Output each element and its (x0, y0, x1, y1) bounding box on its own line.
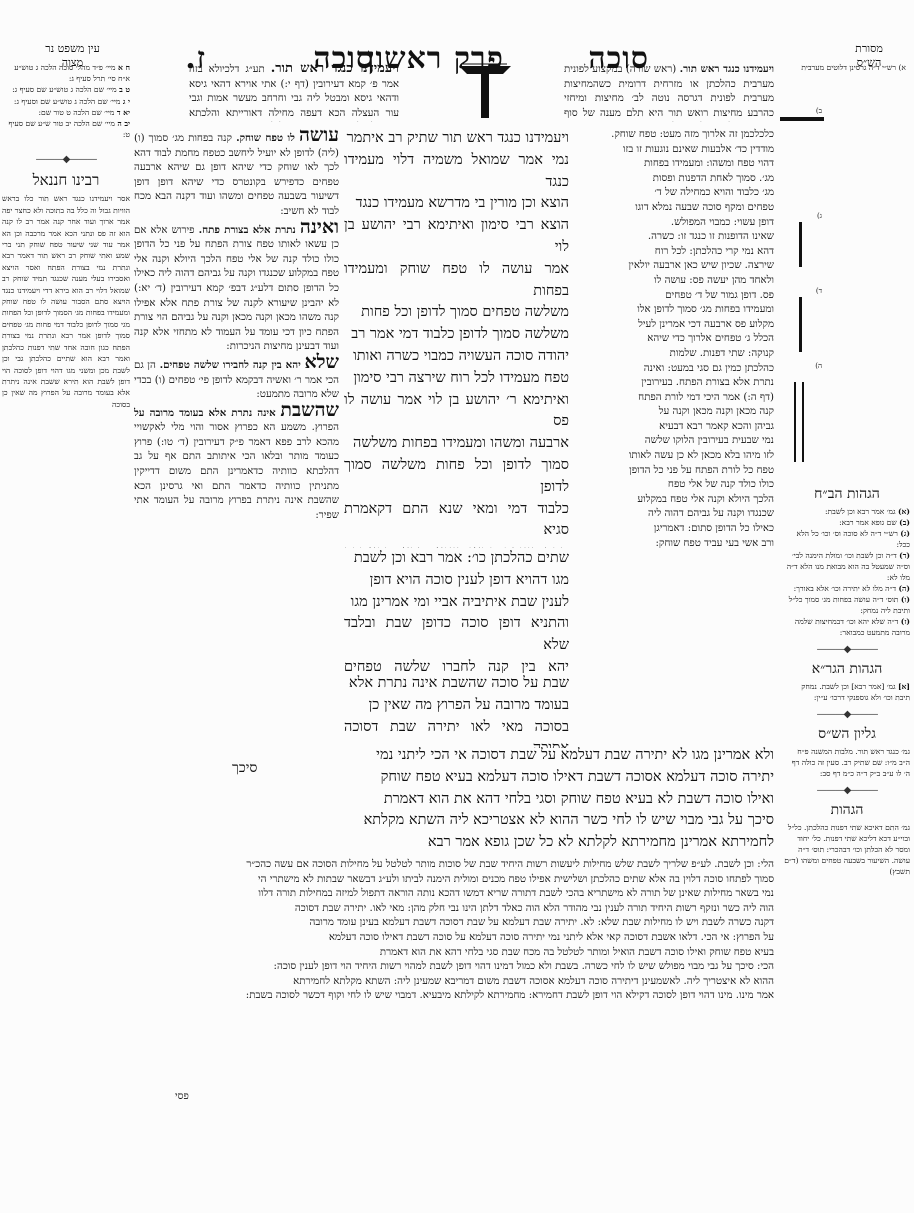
rashi-line: בעיא טפח שוחק ואילו סוכה דשבת הואיל ומות… (134, 946, 774, 961)
habach-marker: (ו) (901, 595, 910, 604)
rashi-line: ורב אשי בעי עביד טפח שוחק: (574, 537, 774, 552)
margin-bracket (795, 222, 802, 267)
rashi-line: כהלכתן כמין גם סגי במעט: ואינה (574, 362, 774, 377)
rashi-line: ההוא לא איצטריך ליה. לאשמעינן דיתירה סוכ… (134, 975, 774, 990)
gemara-line: יהודה סוכה העשויה כמבוי כשרה ואותו (344, 346, 569, 368)
rashi-line: מג׳. סמוך לאחת הדפנות ופסות (574, 172, 774, 187)
habach-item: (ב) שם גופא אמר רבא: (784, 517, 910, 528)
rashi-line: שירצה. שכיון שיש כאן ארבעה יולאין (574, 259, 774, 274)
habach-marker: (ד) (899, 551, 910, 560)
hagra-marker: [א] (898, 682, 910, 691)
habach-text: ד״ה וכן לשבת וכו׳ ומולת הימנה לבי׳ וס״ה … (787, 551, 910, 582)
rashi-line: דהא נמי קרי כהלכתן: לכל רוח (574, 245, 774, 260)
gemara-line: כלבוד דמי ומאי שנא התם דקאמרת סגיא (344, 499, 569, 543)
rashi-catchword: פסי (175, 1090, 189, 1105)
hagra-item: [א] גמ׳ [אמר רבא] וכן לשבת. נמחק תיבת וכ… (784, 681, 910, 703)
tosafot-section: עושה לו טפח שוחק. קנה בפחות מג׳ סמוך (ו)… (134, 128, 339, 220)
rabbeinu-chananel-text: אסר ויעמידנו כנגד ראש תור כלו בראש הוויו… (2, 193, 130, 410)
rashi-line: פס. דופן גמור של ד׳ טפחים (574, 289, 774, 304)
masoret-marker: ה) (815, 362, 822, 370)
ein-mishpat-marker: ט ב (119, 85, 130, 94)
tosafot-subheading: נתרת אלא בצורת פתח. (199, 224, 296, 236)
ornament-divider-icon: ———◆——— (784, 709, 910, 720)
rashi-line: הלכך היולא וקנה אלי טפח במקלוע (574, 493, 774, 508)
masoret-marker: ג) (817, 212, 822, 220)
habach-text: גמ׳ אמר רבא וכן לשבת: (825, 507, 896, 516)
rashi-line: (דף ה:) אמר היכי דמי לורת הפתח (574, 391, 774, 406)
tosafot-text: הפרוץ. משמע הא כפרוץ אסור והוי מלי לאקשו… (134, 422, 339, 521)
masoret-text: רש״י ד״ה גרסינן דלוטים מערבית (801, 63, 896, 72)
gemara-line: הוצא רבי סימון ואיתימא רבי יהושע בן לוי (344, 215, 569, 259)
rashi-intro: ויעמידנו כנגד ראש תור. (ראש שורה) במקצוע… (564, 62, 774, 122)
rashi-line: מקלוע פס ארבעה דכי אמרינן לעיל (574, 318, 774, 333)
rashi-line: גביהן והכא קאמר רבא דבעיא (574, 420, 774, 435)
opening-word-frame-icon (459, 62, 511, 118)
gemara-line: יתירה סוכה דעלמא אסוכה דשבת דאילו סוכה ד… (344, 767, 774, 789)
habach-item: (ד) ד״ה וכן לשבת וכו׳ ומולת הימנה לבי׳ ו… (784, 550, 910, 583)
rashi-line: מודדין כד׳ אלבעות שאינם נוגעות זו בזו (574, 143, 774, 158)
tosafot-heading: ואינה (300, 216, 339, 238)
margin-rule (780, 117, 824, 121)
gemara-line: ארבעה ומשהו ומעמידו בפחות משלשה (344, 433, 569, 455)
gemara-line: מגו דהויא דופן לענין סוכה הויא דופן (344, 570, 569, 592)
rashi-line: כלכלכמן זה אלרוך מזה מעט: טפח שוחק. (574, 128, 774, 143)
rashi-line: הכלל ג׳ טפחים אלרוך כדי שיהא (574, 332, 774, 347)
rashi-line: דהוי טפח ומשהו: ומעמידו בפחות (574, 157, 774, 172)
tosafot-intro-heading: ויעמידנו כנגד ראש תור. (271, 62, 399, 76)
habach-item: (ו) תוס׳ ד״ה עושה בפחות מג׳ סמוך כל״ל ות… (784, 594, 910, 616)
rashi-commentary: כלכלכמן זה אלרוך מזה מעט: טפח שוחק. מודד… (574, 128, 774, 740)
tosafot-section: שלא יהא בין קנה לחבירו שלשה טפחים. הן גם… (134, 355, 339, 403)
hagahot-title: הגהות (784, 802, 910, 819)
habach-marker: (ב) (899, 518, 910, 527)
tosafot-subheading: אינה נתרת אלא בעומד מרובה על (134, 407, 276, 419)
habach-marker: (ג) (900, 529, 910, 538)
gemara-text-cont: שבת על סוכה שהשבת אינה נתרת אלא בעומד מר… (344, 673, 569, 748)
rashi-intro-heading: ויעמידנו כנגד ראש תור. (680, 63, 774, 75)
ein-mishpat-item: ח א מיי׳ פ״ד מהל׳ סוכה הלכה ג טוש״ע א״ח … (2, 62, 130, 84)
rashi-line: טפחים ומקף סוכה שבעה נמלא דוגו (574, 201, 774, 216)
rashi-bottom: הלי: וכן לשבת. לע״פ שלריך לשבת שלש מחילו… (134, 858, 774, 1088)
ornament-divider-icon: ———◆——— (784, 644, 910, 655)
margin-bracket (794, 382, 804, 462)
ein-mishpat-text: מיי׳ שם הלכה ג טוש״ע שם וסעיף ג: (14, 97, 121, 106)
rashi-line: שאינו הדופנות זו כנגד זו: כשרה. (574, 230, 774, 245)
habach-marker: (א) (898, 507, 910, 516)
rashi-line: כולו כולד קנה של אלי טפח (574, 478, 774, 493)
left-margin: ח א מיי׳ פ״ד מהל׳ סוכה הלכה ג טוש״ע א״ח … (2, 62, 130, 1162)
rashi-line: הלי: וכן לשבת. לע״פ שלריך לשבת שלש מחילו… (134, 858, 774, 873)
gemara-line: נמי אמר שמואל משמיה דלוי מעמידו כנגד (344, 150, 569, 194)
tosafot-intro: ויעמידנו כנגד ראש תור. תע״ג דלכיולא בזה … (189, 62, 399, 122)
ein-mishpat-text: מיי׳ פ״ד מהל׳ סוכה הלכה ג טוש״ע א״ח סי׳ … (14, 63, 130, 83)
rashi-line: דקנה כשרה לשבת ויש לו מחילות שבת שלא: לא… (134, 916, 774, 931)
gemara-line: טפח מעמידו לכל רוח שירצה רבי סימון (344, 368, 569, 390)
rashi-line: אמר מינו. מינו דהוי דופן לסוכה דקילא הוי… (134, 989, 774, 1004)
ein-mishpat-marker: ח א (118, 63, 130, 72)
ein-mishpat-text: מיי׳ שם הלכה ג טוש״ע שם סעיף ג: (12, 85, 117, 94)
gemara-line: לחמירתא אמרינן מחמירתא לקלתא לא כל שכן ג… (344, 832, 774, 854)
masoret-item: א) רש״י ד״ה גרסינן דלוטים מערבית (780, 62, 914, 73)
rashi-line: לזו מיהו בלא מכאן לא כן עשה לאותו (574, 449, 774, 464)
gemara-line: ולא אמרינן מגו לא יתירה שבת דעלמא על שבת… (344, 745, 774, 767)
tosafot-section: שהשבת אינה נתרת אלא בעומד מרובה על הפרוץ… (134, 403, 339, 524)
ein-mishpat-item: י ג מיי׳ שם הלכה ג טוש״ע שם וסעיף ג: (2, 96, 130, 107)
ein-mishpat-marker: יא ד (117, 108, 130, 117)
gemara-line: ויעמידנו כנגד ראש תור שתיק רב איתמר (344, 128, 569, 150)
tosafot-section: ואינה נתרת אלא בצורת פתח. פירוש אלא אם כ… (134, 220, 339, 355)
habach-text: תוס׳ ד״ה עושה בפחות מג׳ סמוך כל״ל ותיבת … (789, 595, 910, 615)
rashi-line: קנה מכאן וקנה מכאן וקנה על (574, 405, 774, 420)
tosafot-heading: שלא (304, 351, 339, 373)
ein-mishpat-text: מיי׳ שם הלכה ט טור שם: (38, 108, 114, 117)
habach-item: (א) גמ׳ אמר רבא וכן לשבת: (784, 506, 910, 517)
ein-mishpat-item: יא ד מיי׳ שם הלכה ט טור שם: (2, 107, 130, 118)
ein-mishpat-item: יב ה מיי׳ שם הלכה יב טור ש״ע שם סעיף ט: (2, 118, 130, 140)
gilyon-hashas-text: גמ׳ כנגד ראש תור. מלבות המשנה פ״ח ה״ב מ״… (784, 746, 910, 779)
gemara-text-wide: ולא אמרינן מגו לא יתירה שבת דעלמא על שבת… (344, 745, 774, 855)
tosafot-text: פירוש אלא אם כן עשאו לאותו טפח צורת הפתח… (134, 225, 339, 353)
tosafot-subheading: לו טפח שוחק. (236, 132, 295, 144)
gemara-line: לענין שבת איתיביה אביי ומי אמרינן מגו (344, 592, 569, 614)
rashi-line: הכי: סיכך על גבי מבוי מפולש שיש לו לחי כ… (134, 960, 774, 975)
habach-marker: (ז) (901, 617, 910, 626)
gemara-line: סמוך לדופן וכל פחות משלשה סמוך לדופן (344, 455, 569, 499)
hagahot-habach-title: הגהות הב״ח (784, 486, 910, 503)
rashi-line: ומעמידו בפחות מג׳ סמוך לדופן אלו (574, 303, 774, 318)
hagahot-habach: הגהות הב״ח (א) גמ׳ אמר רבא וכן לשבת: (ב)… (784, 482, 910, 877)
gemara-line: בסוכה מאי לאו יתירה שבת דסוכה אסוכה (344, 717, 569, 748)
ein-mishpat-item: ט ב מיי׳ שם הלכה ג טוש״ע שם סעיף ג: (2, 84, 130, 95)
right-margin: א) רש״י ד״ה גרסינן דלוטים מערבית ב) ג) ד… (780, 62, 914, 1102)
ein-mishpat-text: מיי׳ שם הלכה יב טור ש״ע שם סעיף ט: (9, 119, 130, 139)
habach-text: שם גופא אמר רבא: (839, 518, 897, 527)
rashi-line: שכנגדו וקנה על גביהם דהוה ליה (574, 507, 774, 522)
gemara-line: משלשה סמוך לדופן כלבוד דמי אמר רב (344, 324, 569, 346)
habach-item: (ז) ד״ה שלא יהא וכו׳ דבמחיצות שלמה מרובה… (784, 616, 910, 638)
rashi-line: מג׳ כלבוד והויא כמחילה של ד׳ (574, 186, 774, 201)
gemara-line: שתים כהלכתן כו׳: אמר רבא וכן לשבת (344, 548, 569, 570)
rashi-line: סמוך לפתחו סוכה דלוין בה אלא שתים כהלכתן… (134, 873, 774, 888)
hagra-text: גמ׳ [אמר רבא] וכן לשבת. נמחק תיבת וכו׳ ו… (801, 682, 910, 702)
hagahot-hagra-title: הגהות הגר״א (784, 661, 910, 678)
gemara-line: ואיתימא ר׳ יהושע בן לוי אמר עושה לו פס (344, 390, 569, 434)
gemara-line: והתניא דופן סוכה כדופן שבת ובלבד שלא (344, 613, 569, 657)
gemara-line: סיכך על גבי מבוי שיש לו לחי כשר ההוא לא … (344, 810, 774, 832)
tosafot-heading: עושה (299, 128, 339, 146)
rashi-line: על הפרוץ: אי הכי. דלאו אשבת דסוכה קאי אל… (134, 931, 774, 946)
gemara-line: שבת על סוכה שהשבת אינה נתרת אלא (344, 673, 569, 695)
tosafot-commentary: עושה לו טפח שוחק. קנה בפחות מג׳ סמוך (ו)… (134, 128, 339, 740)
gemara-line: אמר עושה לו טפח שוחק ומעמידו בפחות (344, 259, 569, 303)
masoret-marker: ב) (816, 107, 822, 115)
habach-item: (ה) ד״ה מלו לא יתירה וכו׳ אלא באורך: (784, 583, 910, 594)
rashi-line: קנוקה: שתי דפנות. שלמות (574, 347, 774, 362)
hagahot-text: גמ׳ התם דאיכא שתי דפנות כהלכתן. כל״ל ובו… (784, 822, 910, 877)
gemara-line: יהא בין קנה לחברו שלשה טפחים ויתירה (344, 657, 569, 673)
gilyon-hashas-title: גליון הש״ס (784, 726, 910, 743)
rashi-line: נמי שבעית בעירובין הלוקו שלשה (574, 434, 774, 449)
rashi-line: נמי בשאר מחילות שאינן של תורה לא מישתריא… (134, 887, 774, 902)
habach-text: רש״י ד״ה לא סוכה וס׳ וכו׳ כל הלא ככל: (797, 529, 910, 549)
gemara-line: ואילו סוכה דשבת לא בעיא טפח שוחק וסגי בל… (344, 789, 774, 811)
rabbeinu-chananel-title: רבינו חננאל (2, 171, 130, 190)
masoret-marker: ד) (816, 287, 822, 295)
ein-mishpat-marker: י ג (123, 97, 130, 106)
gemara-catchword: סיכך (232, 760, 257, 777)
rashi-line: כאילו כל הדופן סתום: דאמריגן (574, 522, 774, 537)
gemara-text-mid: שתים כהלכתן כו׳: אמר רבא וכן לשבת מגו דה… (344, 548, 569, 673)
ornament-divider-icon: ———◆——— (784, 785, 910, 796)
gemara-line: בעומד מרובה על הפרוץ מה שאין כן (344, 695, 569, 717)
ein-mishpat-marker: יב ה (117, 119, 130, 128)
rashi-line: ולאחד מהן יעשה פס: עושה לו (574, 274, 774, 289)
rashi-line: נתרת אלא בצורת הפתח. בעירובין (574, 376, 774, 391)
rashi-line: טפח כל לורת הפתח על פני כל הדופן (574, 464, 774, 479)
habach-marker: (ה) (898, 584, 910, 593)
tosafot-subheading: יהא בין קנה לחבירו שלשה טפחים. (160, 359, 301, 371)
gemara-line: הוצא וכן מורין בי מדרשא מעמידו כנגד (344, 193, 569, 215)
masoret-marker: א) (898, 63, 906, 72)
ornament-divider-icon: ———◆——— (2, 154, 130, 165)
tosafot-heading: שהשבת (280, 399, 339, 421)
rashi-line: הוה ליה כשר ונזקף רשות היחיד תורה לענין … (134, 902, 774, 917)
gemara-line: משלשה טפחים סמוך לדופן וכל פחות (344, 302, 569, 324)
habach-text: ד״ה מלו לא יתירה וכו׳ אלא באורך: (794, 584, 896, 593)
margin-bracket (795, 297, 802, 352)
rashi-line: דופן עשוי: כמבוי המפולש. (574, 216, 774, 231)
habach-text: ד״ה שלא יהא וכו׳ דבמחיצות שלמה מרובה מתמ… (795, 617, 910, 637)
habach-item: (ג) רש״י ד״ה לא סוכה וס׳ וכו׳ כל הלא ככל… (784, 528, 910, 550)
